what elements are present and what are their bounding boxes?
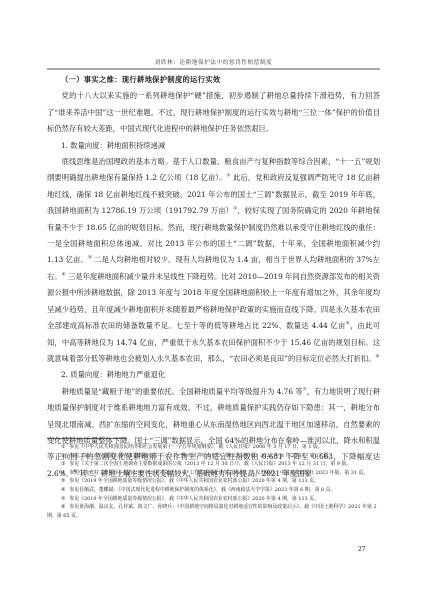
footnote-text: 参见《第三次全国国土调查主要数据公报（二〇二一年八月二十五日）》，载《人民日报》… [69,453,333,459]
running-head: 刘欣林：论耕地保护法中的惩罚性赔偿制度 [0,58,427,66]
subsection-title-1: 1. 数量向度：耕地面积持续递减 [47,138,380,154]
section-title: （一）事实之维：现行耕地保护制度的运行实效 [47,72,380,88]
footnote-mark: ④ [61,470,65,476]
footnote-6: ⑥参见肖顺武、董鹏斌：《中国式现代化进程中耕地保护制度的体系化》，载《西南政法大… [47,486,380,495]
footnote-text: 参见《关于第二次全国土地调查主要数据成果的公报（2013 年 12 月 30 日… [69,461,351,467]
footnote-separator [47,438,127,439]
footnote-ref-6[interactable]: ⑥ [376,354,380,359]
paragraph-2-part-e: 三是年度耕地面积减少量并未呈线性下降趋势。比对 2010—2019 年间自然资源… [47,272,380,330]
footnote-text: 参见肖顺武、董鹏斌：《中国式现代化进程中耕地保护制度的体系化》，载《西南政法大学… [69,487,335,493]
footnote-text: 参见中央农村工作领导小组办公室：《习近平关于“三农”工作的重要论述学习读本》，人… [69,470,368,476]
paragraph-3-part-a: 耕地质量是“藏粮于地”的重要依托。全国耕地质量平均等级提升为 4.76 等 [62,387,303,396]
footnote-3: ③参见《关于第二次全国土地调查主要数据成果的公报（2013 年 12 月 30 … [47,460,380,469]
footnote-text: 参见《2019 年全国耕地质量等级情况公报》，载《中华人民共和国农业农村部公报》… [69,478,319,484]
footnote-7: ⑦参见《2019 年全国耕地质量等级情况公报》，载《中华人民共和国农业农村部公报… [47,495,380,504]
footnote-8: ⑧参见黄海潮、温良友、孔祥斌、陈文广、孙晓兵：《中国耕地空间格局演化对耕地适宜性… [47,503,380,520]
footnote-mark: ③ [61,461,65,467]
footnote-5: ⑤参见《2019 年全国耕地质量等级情况公报》，载《中华人民共和国农业农村部公报… [47,477,380,486]
footnote-text: 参见《中华人民共和国国民经济和社会发展第十一个五年规划纲要》，载《人民日报》20… [69,444,322,450]
footnote-2: ②参见《第三次全国国土调查主要数据公报（二〇二一年八月二十五日）》，载《人民日报… [47,452,380,461]
footnote-1: ①参见《中华人民共和国国民经济和社会发展第十一个五年规划纲要》，载《人民日报》2… [47,443,380,452]
footnote-mark: ⑤ [61,478,65,484]
footnote-mark: ① [61,444,65,450]
header-rule [47,68,380,70]
paragraph-2: 底线思维是治国理政的基本方略。基于人口数量、粮食亩产与复种指数等综合因素，“十一… [47,154,380,367]
footnotes: ①参见《中华人民共和国国民经济和社会发展第十一个五年规划纲要》，载《人民日报》2… [47,443,380,520]
paragraph-1: 党的十八大以来实施的一系列耕地保护“硬”措施，初步遏制了耕地总量持续下滑趋势，有… [47,88,380,137]
footnote-mark: ⑥ [61,487,65,493]
body-text: （一）事实之维：现行耕地保护制度的运行实效 党的十八大以来实施的一系列耕地保护“… [47,72,380,482]
footnote-4: ④参见中央农村工作领导小组办公室：《习近平关于“三农”工作的重要论述学习读本》，… [47,469,380,478]
footnote-mark: ⑧ [61,504,65,510]
footnote-text: 参见黄海潮、温良友、孔祥斌、陈文广、孙晓兵：《中国耕地空间格局演化对耕地适宜性的… [47,504,377,519]
footnote-text: 参见《2019 年全国耕地质量等级情况公报》，载《中华人民共和国农业农村部公报》… [69,496,319,502]
subsection-title-2: 2. 质量向度：耕地地力严重退化 [47,367,380,383]
footnote-mark: ② [61,453,65,459]
page-number: 27 [358,544,366,553]
footnote-mark: ⑦ [61,496,65,502]
